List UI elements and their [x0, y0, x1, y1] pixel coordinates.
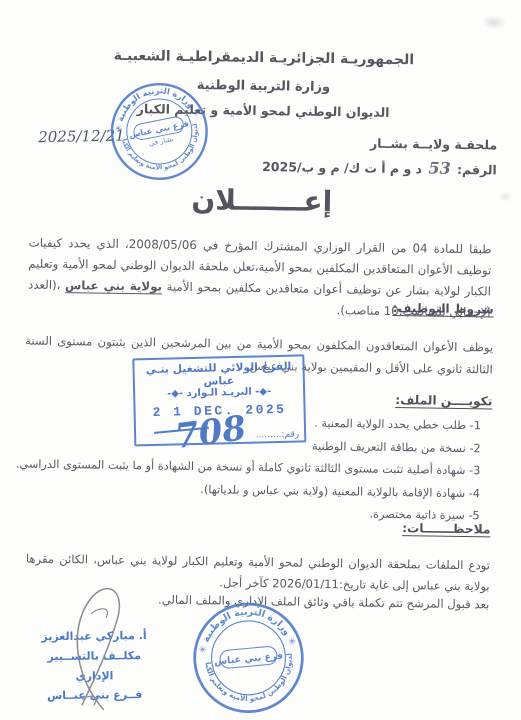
signature-scribble-icon: [42, 583, 156, 713]
annex-line: ملحقـة ولايــة بشــار: [262, 134, 497, 152]
round-ministry-stamp-top: ✳ وزارة التربية الوطنية ✳ الديوان الوطني…: [99, 72, 219, 192]
document-page: الجمهوريـة الجزائريـة الديمقراطيـة الشعب…: [0, 0, 521, 720]
conditions-heading: شروط التوظيف:: [392, 301, 493, 317]
reference-block: ملحقـة ولايــة بشــار الرقم: 53 د و م أ …: [262, 134, 497, 178]
stamp-center-branch: فرع بني عباس: [214, 650, 284, 667]
reference-code: د و م أ ت ك/ م و ب/2025: [262, 159, 422, 176]
notes-heading: ملاحظـــــــات:: [402, 521, 491, 536]
reference-number-line: الرقم: 53 د و م أ ت ك/ م و ب/2025: [262, 156, 497, 178]
office-title: الديوان الوطني لمحو الأمية و تعليم الكبا…: [3, 99, 521, 122]
intake-stamp-number-label: رقم:.........: [256, 430, 300, 441]
file-heading: تكويــــن الملف:: [395, 393, 492, 408]
round-stamp-icon: ✳ وزارة التربية الوطنية ✳ الديوان الوطني…: [186, 595, 312, 720]
republic-title: الجمهوريـة الجزائريـة الديمقراطيـة الشعب…: [3, 46, 521, 70]
reference-handwritten-number: 53: [426, 158, 453, 177]
employment-office-intake-stamp: الفرع الولائي للتشغيل بنـي عباس -◆- البر…: [132, 354, 306, 446]
stamp-center-city: بشار في: [148, 135, 174, 148]
ministry-title: وزارة التربية الوطنية: [3, 75, 521, 98]
stamp-top-arc-text: ✳ وزارة التربية الوطنية ✳: [194, 602, 298, 655]
svg-text:✳ وزارة التربية الوطنية ✳: ✳ وزارة التربية الوطنية ✳: [194, 602, 298, 655]
reference-label: الرقم:: [457, 162, 497, 178]
announcement-title: إعـــــــلان: [1, 180, 521, 221]
round-stamp-icon: ✳ وزارة التربية الوطنية ✳ الديوان الوطني…: [99, 72, 219, 192]
intake-stamp-office-line: الفرع الولائي للتشغيل بنـي عباس: [134, 359, 303, 389]
intro-wilaya-highlight: بولاية بني عباس: [65, 278, 162, 293]
document-header: الجمهوريـة الجزائريـة الديمقراطيـة الشعب…: [3, 46, 521, 122]
scan-smudge: [481, 15, 507, 29]
round-ministry-stamp-bottom: ✳ وزارة التربية الوطنية ✳ الديوان الوطني…: [186, 595, 312, 720]
